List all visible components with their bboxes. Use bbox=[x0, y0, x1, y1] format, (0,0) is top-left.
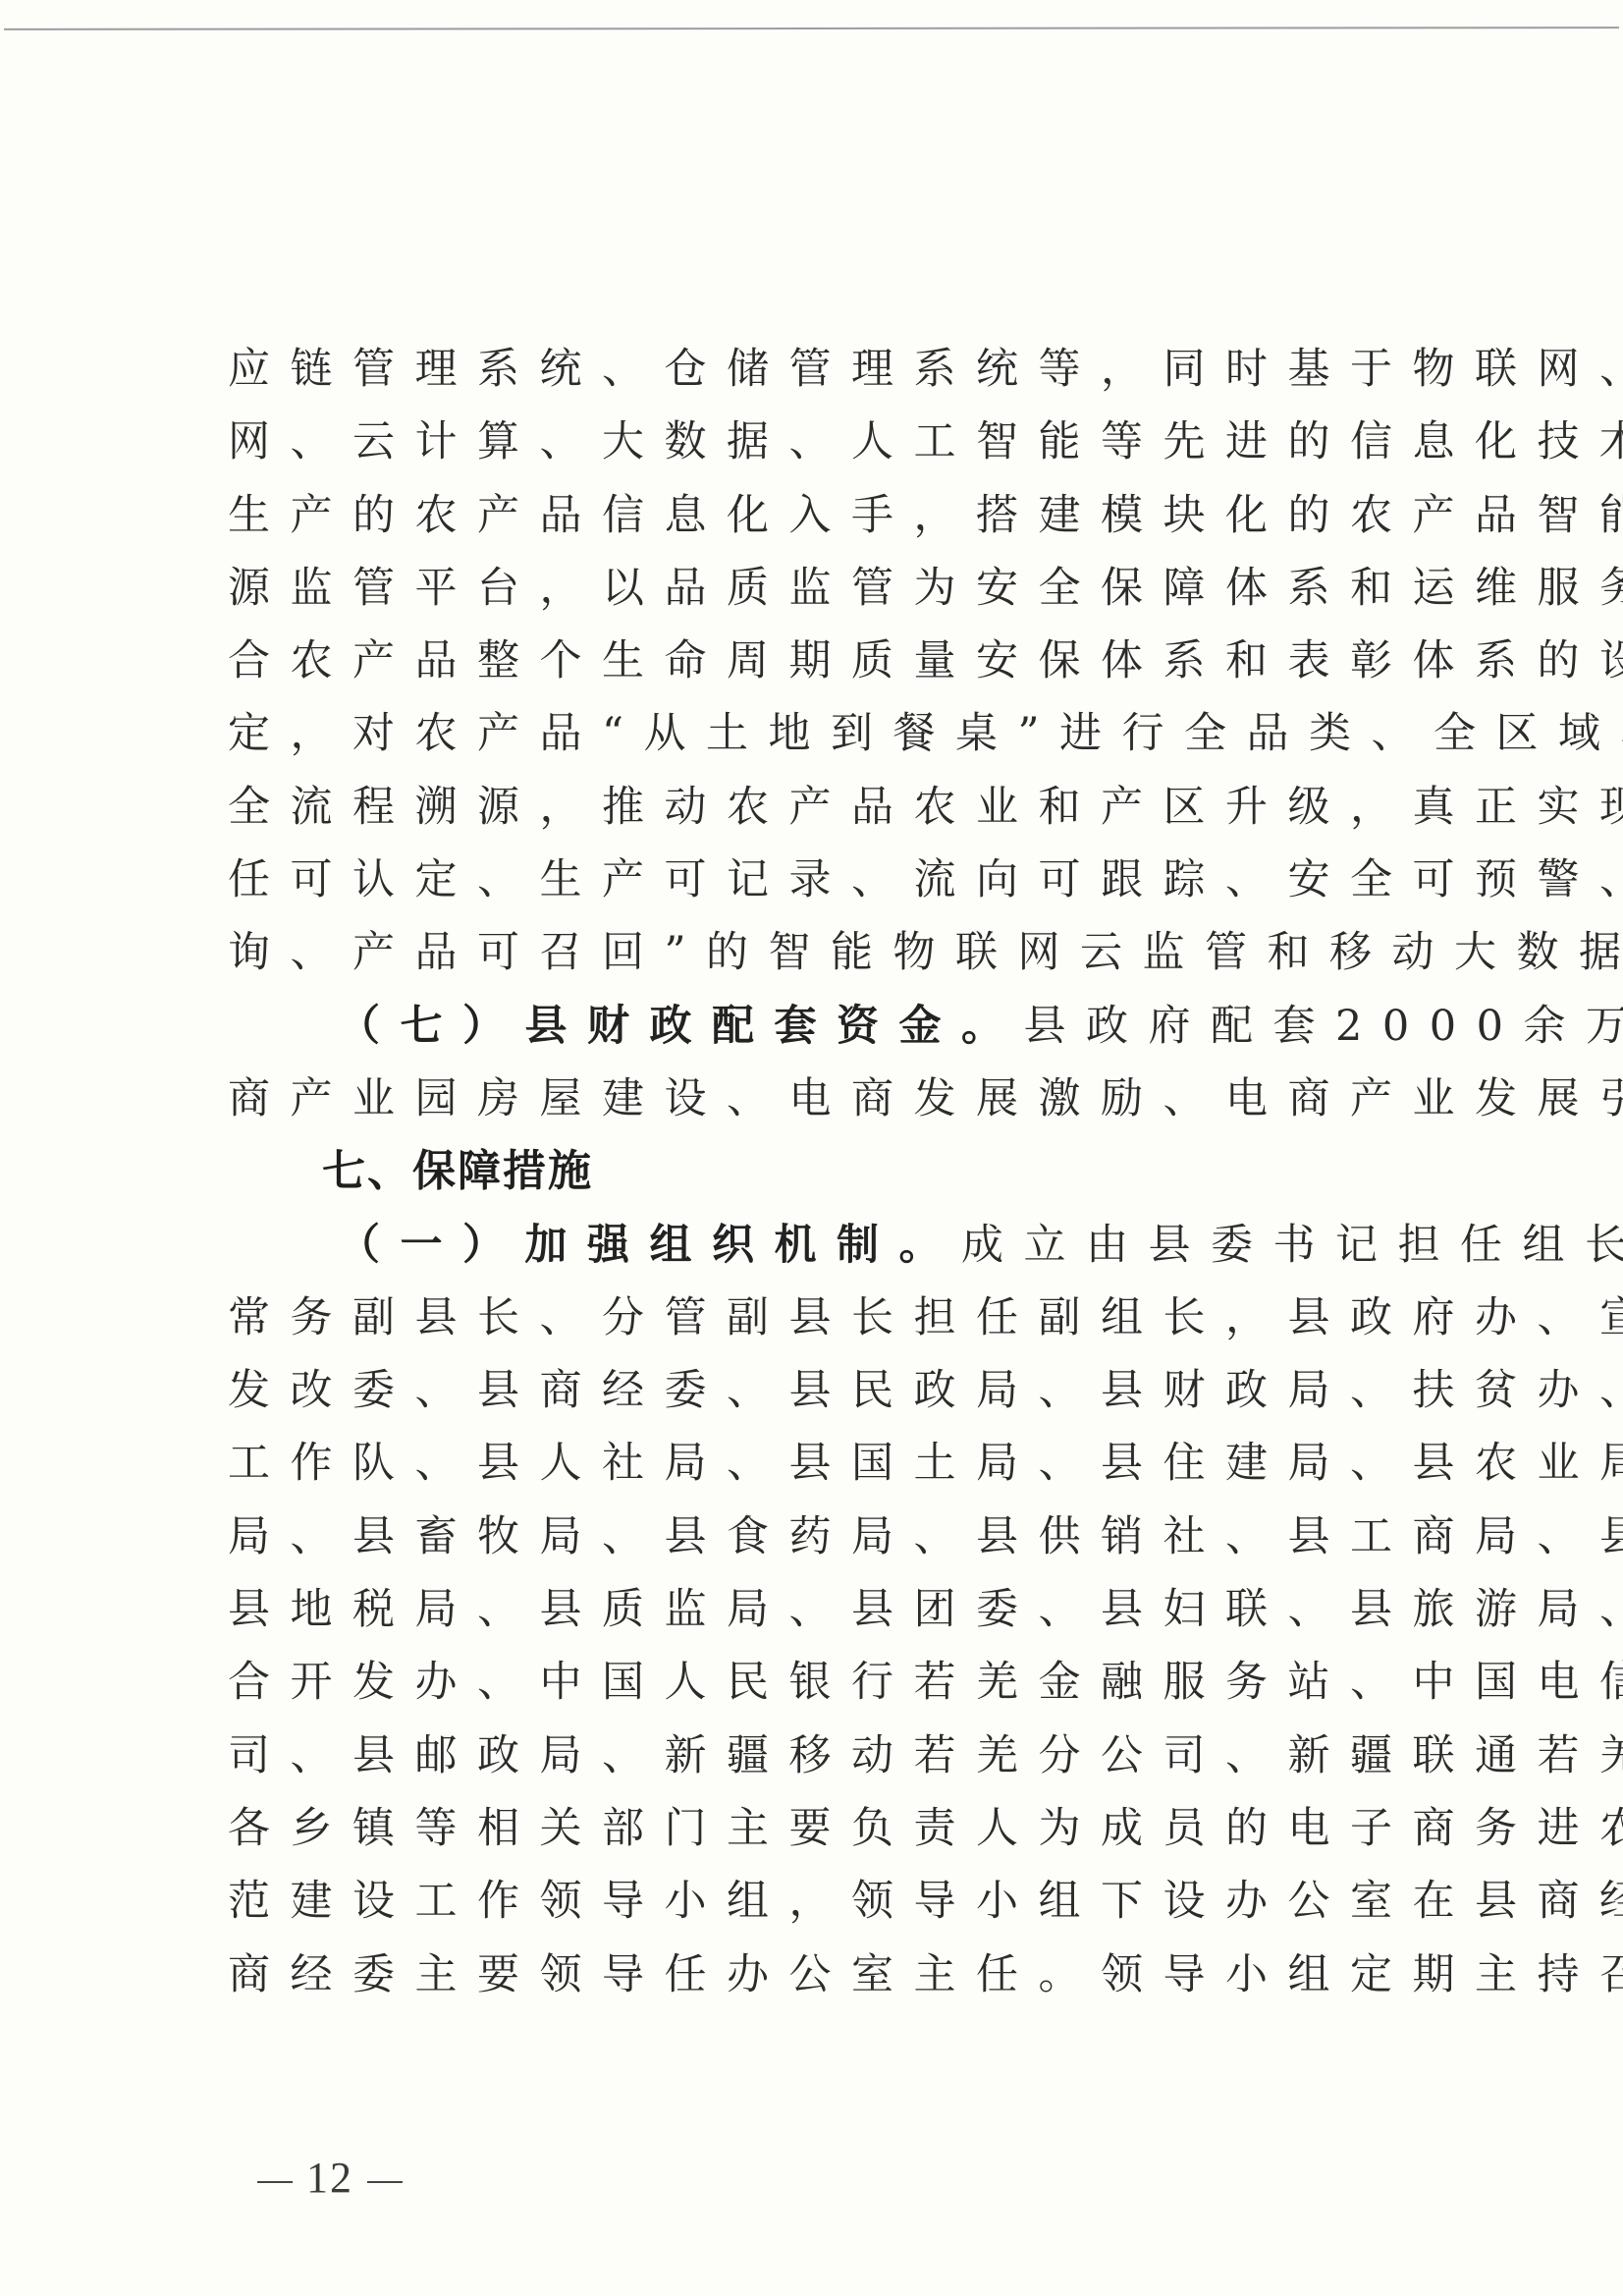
item-1-first-line: （一）加强组织机制。成立由县委书记担任组长，县长、 bbox=[228, 1218, 1419, 1290]
item-1-title: （一）加强组织机制。 bbox=[338, 1221, 961, 1270]
item-7-first-line: （七）县财政配套资金。县政府配套2000余万元，用于电 bbox=[228, 999, 1419, 1071]
body-line: 常务副县长、分管副县长担任副组长，县政府办、宣传部、县 bbox=[228, 1290, 1419, 1363]
page-number: 12 bbox=[243, 2153, 416, 2203]
body-line: 司、县邮政局、新疆移动若羌分公司、新疆联通若羌分公司、 bbox=[228, 1728, 1419, 1801]
body-line: 合农产品整个生命周期质量安保体系和表彰体系的设计与制 bbox=[228, 633, 1419, 706]
body-line: 网、云计算、大数据、人工智能等先进的信息化技术，从智能 bbox=[228, 414, 1419, 487]
body-line: 各乡镇等相关部门主要负责人为成员的电子商务进农村综合示 bbox=[228, 1801, 1419, 1874]
body-line: 发改委、县商经委、县民政局、县财政局、扶贫办、“访惠聚” bbox=[228, 1363, 1419, 1436]
item-7-title: （七）县财政配套资金。 bbox=[338, 1002, 1024, 1051]
body-line: 定，对农产品“从土地到餐桌”进行全品类、全区域、全覆盖、 bbox=[228, 706, 1419, 779]
body-line: 合开发办、中国人民银行若羌金融服务站、中国电信若羌分公 bbox=[228, 1655, 1419, 1727]
body-line: 全流程溯源，推动农产品农业和产区升级，真正实现农产品“责 bbox=[228, 780, 1419, 852]
item-1-text: 成立由县委书记担任组长，县长、 bbox=[961, 1221, 1623, 1270]
page-number-dash-left bbox=[257, 2181, 293, 2183]
body-line: 局、县畜牧局、县食药局、县供销社、县工商局、县国税局、 bbox=[228, 1509, 1419, 1582]
body-line: 工作队、县人社局、县国土局、县住建局、县农业局、县林业 bbox=[228, 1436, 1419, 1508]
body-line: 商产业园房屋建设、电商发展激励、电商产业发展引导等方面。 bbox=[228, 1071, 1419, 1144]
item-7-text: 县政府配套2000余万元，用于电 bbox=[1024, 1002, 1623, 1051]
page-number-dash-right bbox=[367, 2181, 403, 2183]
body-line: 询、产品可召回”的智能物联网云监管和移动大数据云平台。 bbox=[228, 925, 1419, 998]
body-line: 范建设工作领导小组，领导小组下设办公室在县商经委，由县 bbox=[228, 1874, 1419, 1946]
body-line: 生产的农产品信息化入手，搭建模块化的农产品智能物联网溯 bbox=[228, 488, 1419, 561]
top-border-rule bbox=[4, 27, 1619, 30]
body-line: 任可认定、生产可记录、流向可跟踪、安全可预警、身份可查 bbox=[228, 852, 1419, 925]
body-line: 源监管平台，以品质监管为安全保障体系和运维服务体系，结 bbox=[228, 561, 1419, 633]
document-body: 应链管理系统、仓储管理系统等，同时基于物联网、移动互联 网、云计算、大数据、人工… bbox=[228, 342, 1421, 2020]
body-line: 县地税局、县质监局、县团委、县妇联、县旅游局、县农业综 bbox=[228, 1582, 1419, 1655]
page-number-value: 12 bbox=[306, 2154, 353, 2202]
body-line: 应链管理系统、仓储管理系统等，同时基于物联网、移动互联 bbox=[228, 342, 1419, 414]
body-line: 商经委主要领导任办公室主任。领导小组定期主持召开电子商 bbox=[228, 1947, 1419, 2020]
section-heading: 七、保障措施 bbox=[228, 1144, 1421, 1217]
